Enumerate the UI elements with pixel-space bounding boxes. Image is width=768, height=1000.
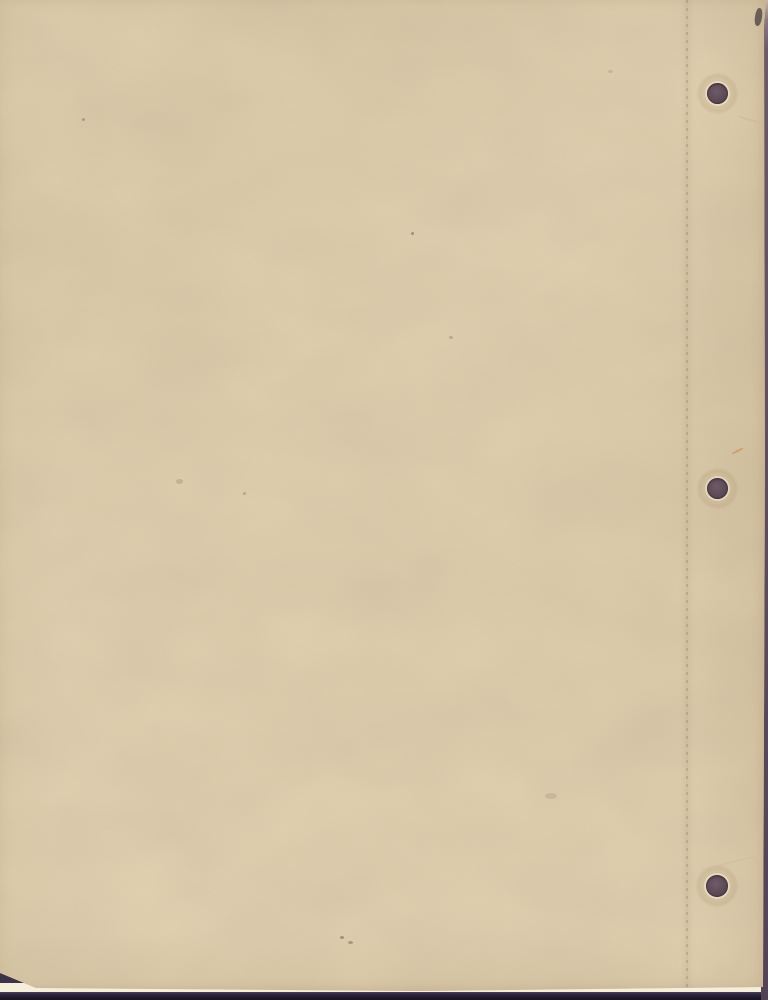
paper-texture [0,0,768,992]
scanner-canvas: { "page": { "kind": "blank scanned page,… [0,0,768,1000]
binder-crease-line [686,0,688,992]
punch-hole [706,875,728,897]
scanner-background-strip [0,992,768,1000]
scanned-blank-page [0,0,768,992]
punch-hole [707,83,728,104]
punch-hole [707,478,728,499]
